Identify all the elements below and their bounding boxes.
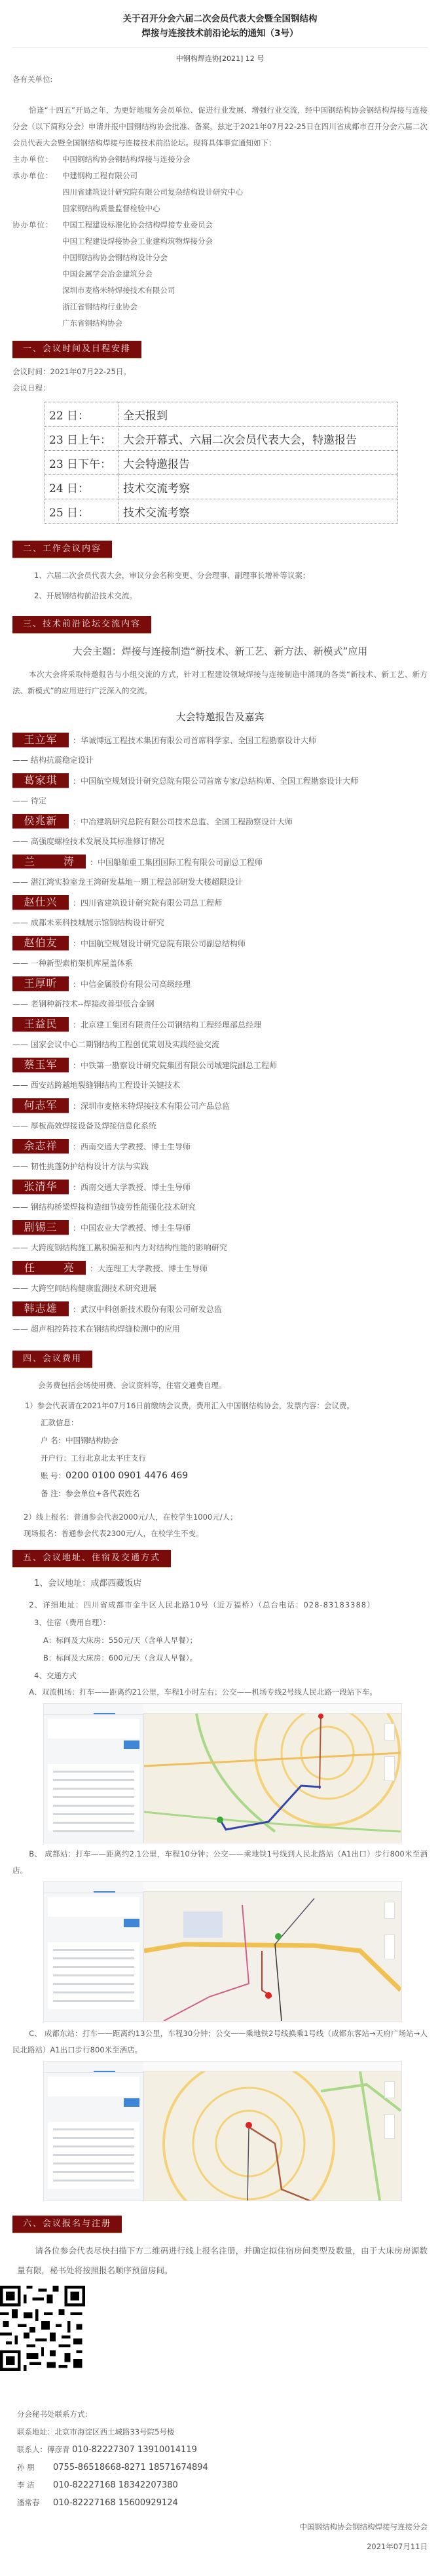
undertaker-org-2: 四川省建筑设计研究院有限公司复杂结构设计研究中心: [62, 184, 243, 201]
speaker-title: ：中国农业大学教授、博士生导师: [73, 1222, 191, 1233]
speaker-title: ：四川省建筑设计研究院有限公司总工程师: [73, 897, 222, 908]
speaker-title: ：华诚博远工程技术集团有限公司首席科学家、全国工程勘察设计大师: [73, 735, 316, 746]
map-chengdu-east-route[interactable]: [43, 2061, 402, 2201]
co-org-4: 中国金属学会冶金建筑分会: [62, 266, 153, 282]
contact-person-2: 孙 朋0755-86518668-8271 18571674894: [17, 2459, 440, 2476]
speaker-row: 兰涛：中国船舶重工集团国际工程有限公司副总工程师: [12, 854, 440, 870]
contact-person-1: 联系人：傅彦青 010-82227307 13910014119: [17, 2441, 440, 2459]
speaker-topic: —— 大跨空间结构健康监测技术研究进展: [12, 1280, 440, 1297]
speaker-title: ：北京建工集团有限责任公司钢结构工程经理部总经理: [73, 1019, 261, 1030]
intro-paragraph: 恰逢“十四五”开局之年，为更好地服务会员单位、促进行业发展、增强行业交流，经中国…: [12, 102, 428, 151]
speaker-name-badge: 王厚昕: [12, 976, 69, 991]
speaker-title: ：中冶建筑研究总院有限公司技术总监、全国工程勘察设计大师: [73, 816, 293, 827]
notice-document: 关于召开分会六届二次会员代表大会暨全国钢结构 焊接与连接技术前沿论坛的通知（3号…: [0, 0, 440, 2576]
speaker-row: 剧锡三：中国农业大学教授、博士生导师: [12, 1220, 440, 1235]
speaker-title: ：中铁第一勘察设计研究院集团有限公司城建院副总工程师: [73, 1060, 277, 1071]
bank-note: 备 注：参会单位+各代表姓名: [41, 1485, 440, 1503]
contact-person-4: 潘常春010-82227168 15600929124: [17, 2494, 440, 2512]
speaker-name-badge: 赵仕兴: [12, 895, 69, 910]
bank-account-number: 账 号：0200 0100 0901 4476 469: [41, 1467, 440, 1485]
schedule-label: 会议日程：: [12, 380, 428, 396]
fee-online: 2）线上报名：普通参会代表2000元/人，在校学生1000元/人；: [24, 1509, 428, 1526]
work-item-1: 1、六届二次会员代表大会，审议分会名称变更、分会理事、副理事长增补等议案；: [34, 567, 428, 584]
map-canvas: [144, 1892, 401, 2021]
bank-account-name: 户 名：中国钢结构协会: [41, 1432, 440, 1450]
section-heading-schedule: 一、会议时间及日程安排: [12, 341, 141, 358]
speaker-row: 赵伯友：中国航空规划设计研究总院有限公司副总结构师: [12, 935, 440, 951]
table-row: 24 日：技术交流考察: [45, 475, 398, 499]
speaker-row: 任亮：大连理工大学教授、博士生导师: [12, 1260, 440, 1276]
speaker-row: 赵仕兴：四川省建筑设计研究院有限公司总工程师: [12, 894, 440, 910]
co-org-6: 浙江省钢结构行业协会: [62, 299, 137, 315]
speaker-name-badge: 侯兆新: [12, 814, 69, 829]
route-chengdu-east: C、 成都东站：打车——距离约13公里，车程30分钟；公交——乘地铁2号线换乘1…: [12, 2026, 428, 2058]
speaker-topic: —— 韧性挑蓬防护结构设计方法与实践: [12, 1158, 440, 1175]
section-heading-registration: 六、会议报名与注册: [12, 2216, 122, 2233]
speaker-name-badge: 剧锡三: [12, 1220, 69, 1235]
speakers-heading: 大会特邀报告及嘉宾: [0, 706, 440, 728]
section-heading-work-content: 二、工作会议内容: [12, 541, 112, 558]
undertaker-org: 承办单位： 中建钢构工程有限公司: [12, 168, 440, 184]
signature-org: 中国钢结构协会钢结构焊接与连接分会: [0, 2517, 428, 2537]
map-chengdu-station-route[interactable]: [43, 1881, 402, 2022]
section-heading-forum: 三、技术前沿论坛交流内容: [12, 616, 151, 634]
route-chengdu-station: B、 成都站：打车——距离约2.1公里，车程10分钟；公交——乘地铁1号线到人民…: [12, 1846, 428, 1879]
contacts-heading: 分会秘书处联系方式：: [17, 2406, 440, 2423]
speaker-row: 侯兆新：中冶建筑研究总院有限公司技术总监、全国工程勘察设计大师: [12, 813, 440, 829]
speaker-name-badge: 蔡玉军: [12, 1058, 69, 1073]
speaker-row: 韩志雄：武汉中科创新技术股份有限公司研发总监: [12, 1301, 440, 1317]
route-airport: A、双流机场：打车——距离约21公里，车程1小时左右；公交——机场专线2号线人民…: [12, 1684, 428, 1701]
speaker-topic: —— 老钢种新技术--焊接改善型低合金钢: [12, 995, 440, 1012]
co-org: 协办单位： 中国工程建设标准化协会结构焊接专业委员会: [12, 217, 440, 233]
map-canvas: [144, 1714, 401, 1843]
speaker-topic: —— 超声相控阵技术在钢结构焊缝检测中的应用: [12, 1320, 440, 1337]
speaker-topic: —— 结构抗震稳定设计: [12, 752, 440, 769]
speaker-topic: —— 成都未来科技城展示馆钢结构设计研究: [12, 914, 440, 931]
fee-intro: 会务费包括会场使用费、会议资料等，住宿交通费自理。: [38, 1377, 428, 1394]
speaker-title: ：西南交通大学教授、博士生导师: [73, 1141, 191, 1152]
speaker-topic: —— 钢结构桥梁焊接构造细节疲劳性能强化技术研究: [12, 1199, 440, 1216]
fee-item-1: 1）参会代表请在2021年07月16日前缴纳会议费，费用汇入中国钢结构协会，发票…: [25, 1398, 428, 1414]
speaker-title: ：中信金属股份有限公司高级经理: [73, 978, 191, 990]
speaker-title: ：深圳市麦格米特焊接技术有限公司产品总监: [73, 1100, 230, 1111]
co-org-7: 广东省钢结构协会: [62, 315, 122, 332]
undertaker-org-3: 国家钢结构质量监督检验中心: [62, 201, 160, 217]
speaker-title: ：大连理工大学教授、博士生导师: [90, 1263, 208, 1274]
co-org-3: 中国钢结构协会钢结构设计分会: [62, 250, 168, 266]
speaker-name-badge: 兰涛: [12, 855, 86, 869]
speaker-topic: —— 待定: [12, 792, 440, 809]
speakers-list: 王立军：华诚博远工程技术集团有限公司首席科学家、全国工程勘察设计大师—— 结构抗…: [0, 732, 440, 1337]
speaker-topic: —— 西安站跨越地裂缝钢结构工程设计关键技术: [12, 1077, 440, 1094]
speaker-title: ：中国航空规划设计研究总院有限公司副总结构师: [73, 938, 246, 949]
salutation: 各有关单位:: [12, 71, 428, 88]
speaker-topic: —— 高强度螺栓技术发展及其标准修订情况: [12, 833, 440, 850]
speaker-name-badge: 赵伯友: [12, 936, 69, 951]
venue-address: 2、详细地址：四川省成都市金牛区人民北路10号（近万福桥）（总台电话：028-8…: [12, 1597, 428, 1613]
host-org: 主办单位： 中国钢结构协会钢结构焊接与连接分会: [12, 151, 440, 168]
speaker-title: ：中国航空规划设计研究总院有限公司首席专家/总结构师、全国工程勘察设计大师: [73, 775, 358, 786]
speaker-row: 王厚昕：中信金属股份有限公司高级经理: [12, 976, 440, 991]
doc-title-line2: 焊接与连接技术前沿论坛的通知（3号）: [0, 26, 440, 41]
speaker-name-badge: 张清华: [12, 1180, 69, 1195]
speaker-name-badge: 王立军: [12, 733, 69, 748]
speaker-row: 蔡玉军：中铁第一勘察设计研究院集团有限公司城建院副总工程师: [12, 1057, 440, 1073]
section-heading-venue: 五、会议地址、住宿及交通方式: [12, 1550, 171, 1567]
co-org-2: 中国工程建设焊接协会工业建构筑物焊接分会: [62, 233, 213, 250]
table-row: 25 日：技术交流考察: [45, 499, 398, 524]
venue-name: 1、会议地址：成都西藏饭店: [34, 1575, 428, 1592]
speaker-row: 张清华：西南交通大学教授、博士生导师: [12, 1179, 440, 1195]
speaker-row: 葛家琪：中国航空规划设计研究总院有限公司首席专家/总结构师、全国工程勘察设计大师: [12, 773, 440, 788]
speaker-name-badge: 王益民: [12, 1017, 69, 1032]
speaker-title: ：中国船舶重工集团国际工程有限公司副总工程师: [90, 856, 263, 868]
speaker-row: 王立军：华诚博远工程技术集团有限公司首席科学家、全国工程勘察设计大师: [12, 732, 440, 748]
doc-title-line1: 关于召开分会六届二次会员代表大会暨全国钢结构: [0, 0, 440, 26]
map-canvas: [144, 2071, 401, 2201]
map-airport-route[interactable]: [43, 1703, 402, 1843]
speaker-row: 余志祥：西南交通大学教授、博士生导师: [12, 1138, 440, 1154]
forum-description: 本次大会将采取特邀报告与小组交流的方式，针对工程建设领域焊接与连接制造中涌现的各…: [12, 666, 428, 699]
speaker-row: 何志军：深圳市麦格米特焊接技术有限公司产品总监: [12, 1098, 440, 1113]
speaker-name-badge: 余志祥: [12, 1139, 69, 1154]
lodging-heading: 3、住宿（费用自理）：: [34, 1615, 428, 1631]
contact-person-3: 李 洁010-82227168 18342207380: [17, 2476, 440, 2494]
speaker-topic: —— 一种新型索桁架机库屋盖体系: [12, 955, 440, 972]
fee-onsite: 现场报名：普通参会代表2300元/人，在校学生不变。: [24, 1526, 428, 1542]
bank-name: 开户行：工行北京北太平庄支行: [41, 1450, 440, 1467]
table-row: 23 日上午：大会开幕式、六届二次会员代表大会，特邀报告: [45, 427, 398, 451]
room-option-a: A：标间及大床房：550元/天（含单人早餐）；: [43, 1632, 428, 1649]
speaker-topic: —— 国家会议中心二期钢结构工程创优策划及实践经验交流: [12, 1036, 440, 1053]
speaker-name-badge: 葛家琪: [12, 773, 69, 788]
work-item-2: 2、开展钢结构前沿技术交流。: [34, 588, 428, 604]
schedule-table: 22 日：全天报到 23 日上午：大会开幕式、六届二次会员代表大会，特邀报告 2…: [45, 402, 398, 524]
room-option-b: B：标间及大床房：600元/天（含双人早餐）。: [43, 1650, 428, 1666]
contact-address: 联系地址：北京市海淀区西土城路33号院5号楼: [17, 2423, 440, 2441]
registration-text: 请各位参会代表尽快扫描下方二维码进行线上报名注册，并确定拟住宿房间类型及数量，由…: [17, 2241, 428, 2280]
speaker-title: ：西南交通大学教授、博士生导师: [73, 1182, 191, 1193]
speaker-row: 王益民：北京建工集团有限责任公司钢结构工程经理部总经理: [12, 1016, 440, 1032]
remit-label: 汇款信息：: [41, 1414, 440, 1432]
table-row: 22 日：全天报到: [45, 402, 398, 427]
section-heading-fees: 四、会议费用: [12, 1351, 92, 1368]
table-row: 23 日下午：大会特邀报告: [45, 451, 398, 475]
speaker-topic: —— 湛江湾实验室龙王湾研发基地一期工程总部研发大楼超限设计: [12, 874, 440, 891]
title-divider: [12, 47, 428, 48]
registration-qr-code[interactable]: [0, 2286, 85, 2371]
speaker-title: ：武汉中科创新技术股份有限公司研发总监: [73, 1303, 222, 1315]
organizers: 主办单位： 中国钢结构协会钢结构焊接与连接分会 承办单位： 中建钢构工程有限公司…: [0, 151, 440, 332]
signature-date: 2021年07月11日: [0, 2537, 428, 2556]
meeting-time: 会议时间：2021年07月22-25日。: [12, 364, 428, 380]
forum-theme: 大会主题：焊接与连接制造“新技术、新工艺、新方法、新模式”应用: [0, 642, 440, 661]
doc-number: 中钢构焊连协[2021] 12 号: [0, 53, 440, 64]
speaker-name-badge: 韩志雄: [12, 1301, 69, 1317]
speaker-name-badge: 何志军: [12, 1098, 69, 1113]
transport-heading: 4、交通方式: [34, 1668, 428, 1684]
speaker-name-badge: 任亮: [12, 1261, 86, 1275]
speaker-topic: —— 厚板高效焊接设备及焊接信息化系统: [12, 1117, 440, 1134]
speaker-topic: —— 大跨度钢结构施工累积偏差和内力对结构性能的影响研究: [12, 1239, 440, 1256]
co-org-5: 深圳市麦格米特焊接技术有限公司: [62, 282, 175, 299]
